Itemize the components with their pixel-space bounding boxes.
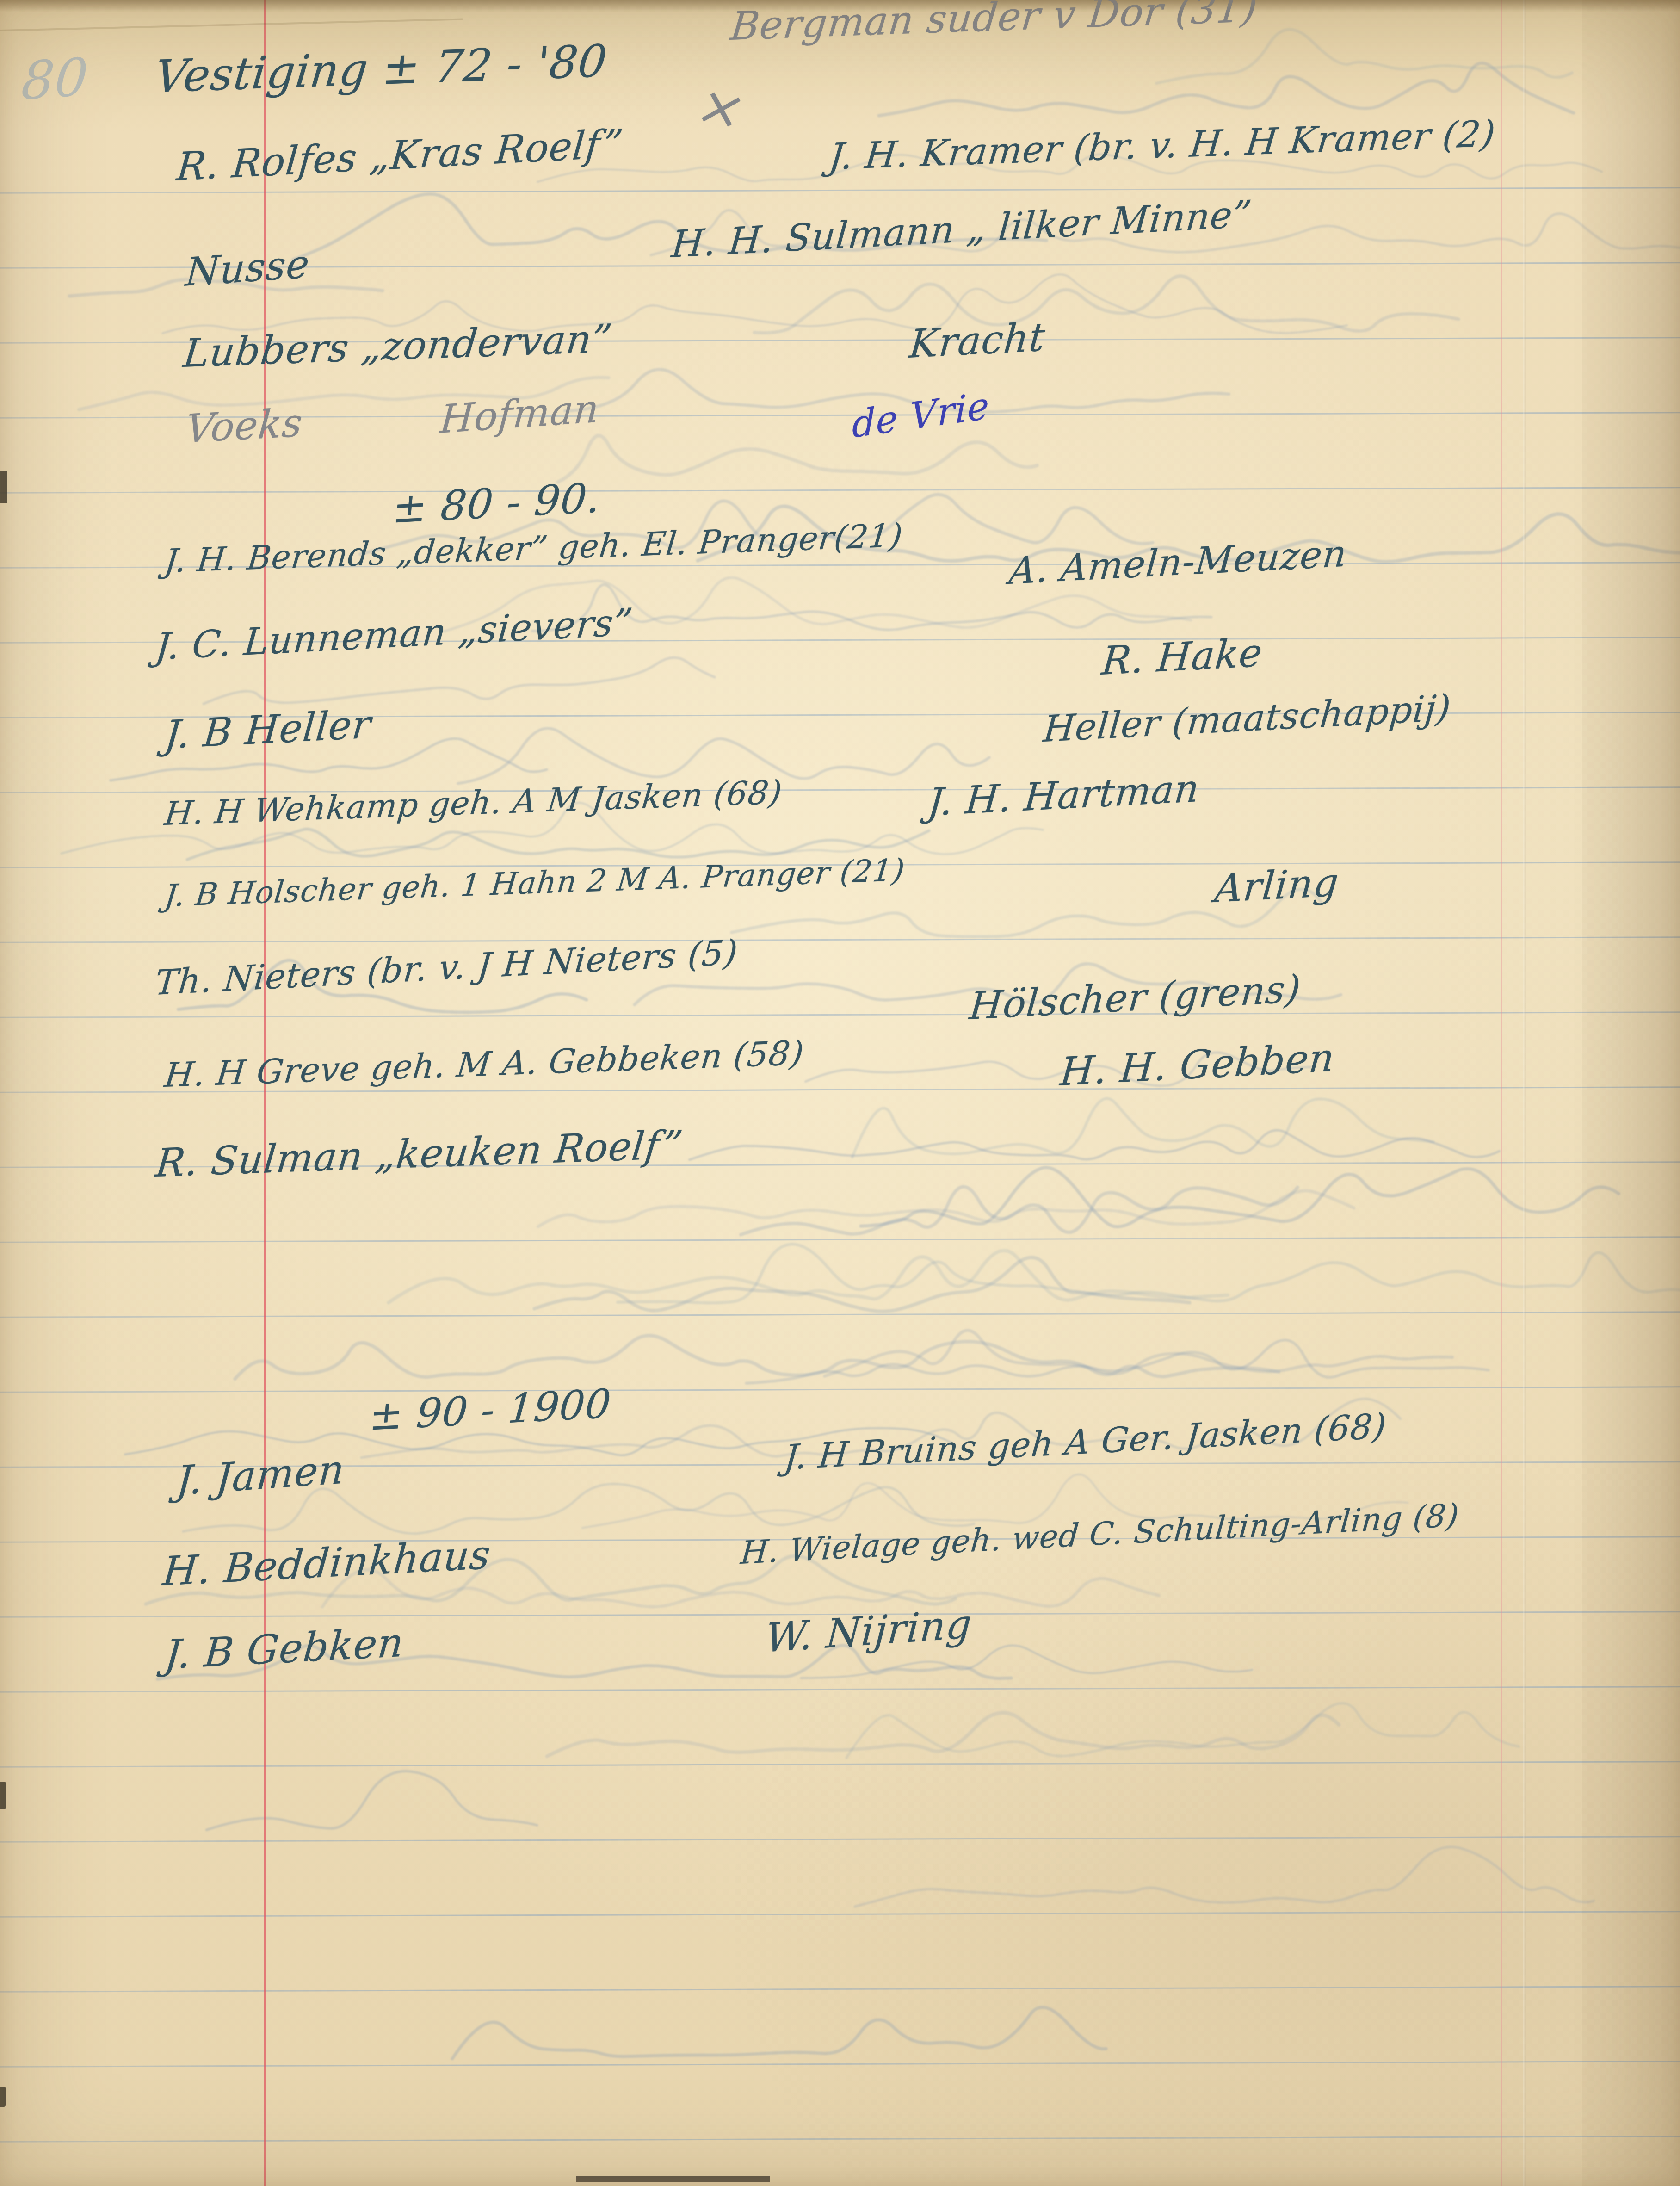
ruled-line <box>0 1311 1680 1318</box>
left-edge-mark <box>0 471 7 503</box>
handwritten-name-entry: H. H. Gebben <box>1058 1034 1336 1095</box>
handwritten-name-entry: H. Wielage geh. wed C. Schulting-Arling … <box>739 1497 1461 1572</box>
handwritten-name-entry: Th. Nieters (br. v. J H Nieters (5) <box>154 932 740 1003</box>
ruled-line <box>0 1686 1680 1692</box>
left-edge-mark <box>0 1782 6 1809</box>
handwritten-name-entry: J. B Heller <box>163 701 373 758</box>
handwritten-name-entry: H. H Wehkamp geh. A M Jasken (68) <box>163 773 784 833</box>
handwritten-name-entry: R. Rolfes „Kras Roelf” <box>175 121 625 190</box>
handwritten-name-entry: J. B Gebken <box>163 1619 406 1678</box>
handwritten-name-entry: R. Hake <box>1100 630 1265 684</box>
scan-bottom-edge <box>576 2176 770 2182</box>
handwritten-name-entry: J. Jamen <box>175 1446 346 1505</box>
handwritten-name-entry: Lubbers „zondervan” <box>181 316 615 376</box>
paper-crease <box>1523 0 1526 2186</box>
handwritten-name-entry: Kracht <box>908 314 1047 367</box>
handwritten-name-entry: Hölscher (grens) <box>968 967 1303 1028</box>
ruled-line <box>0 1761 1680 1767</box>
handwritten-name-entry: Hofman <box>439 385 601 442</box>
handwritten-name-entry: J. B Holscher geh. 1 Hahn 2 M A. Pranger… <box>163 852 907 914</box>
handwritten-name-entry: Heller (maatschappij) <box>1042 687 1453 750</box>
ruled-line <box>0 1836 1680 1842</box>
handwritten-name-entry: J. H Bruins geh A Ger. Jasken (68) <box>783 1406 1388 1478</box>
ruled-line <box>0 1911 1680 1917</box>
handwritten-name-entry: J. H. Kramer (br. v. H. H Kramer (2) <box>827 113 1498 178</box>
notebook-page: 80Vestiging ± 72 - '80×Bergman suder v D… <box>0 0 1680 2186</box>
pencil-x-mark: × <box>688 73 755 143</box>
section-heading-period-1890-1900: ± 90 - 1900 <box>368 1381 613 1440</box>
handwritten-name-entry: J. H. Berends „dekker” geh. El. Pranger(… <box>163 516 905 580</box>
handwritten-name-entry: Voeks <box>184 400 305 452</box>
handwritten-name-entry: Arling <box>1213 859 1341 911</box>
handwritten-name-entry: J. H. Hartman <box>926 767 1201 825</box>
handwritten-name-entry: A. Ameln-Meuzen <box>1007 532 1349 593</box>
handwritten-name-entry: W. Nijring <box>764 1601 973 1662</box>
handwritten-name-entry: H. H Greve geh. M A. Gebbeken (58) <box>163 1033 806 1095</box>
section-heading-period-1880-1890: ± 80 - 90. <box>391 474 603 533</box>
ghost-page-number: 80 <box>19 47 90 112</box>
ruled-line <box>0 1386 1680 1393</box>
page-right-edge-shading <box>1582 0 1680 2186</box>
ruled-line <box>0 2061 1680 2067</box>
handwritten-name-entry: H. H. Sulmann „ lilker Minne” <box>670 192 1254 266</box>
handwritten-name-entry: de Vrie <box>852 384 989 446</box>
handwritten-name-entry: J. C. Lunneman „sievers” <box>154 600 635 669</box>
ruled-line <box>0 936 1680 943</box>
pencil-annotation: Bergman suder v Dor (31) <box>729 0 1260 49</box>
ruled-line <box>0 1011 1680 1018</box>
corner-crease <box>0 19 463 32</box>
handwritten-name-entry: R. Sulman „keuken Roelf” <box>154 1122 686 1186</box>
ruled-line <box>0 1236 1680 1243</box>
ruled-line <box>0 487 1680 493</box>
handwritten-name-entry: Nusse <box>184 241 311 295</box>
ruled-line <box>0 1986 1680 1992</box>
margin-line-right <box>1501 0 1502 2186</box>
section-heading-period-1872-1880: Vestiging ± 72 - '80 <box>153 35 610 103</box>
left-edge-mark <box>0 2087 6 2107</box>
ruled-line <box>0 2136 1680 2142</box>
ruled-line <box>0 187 1680 193</box>
